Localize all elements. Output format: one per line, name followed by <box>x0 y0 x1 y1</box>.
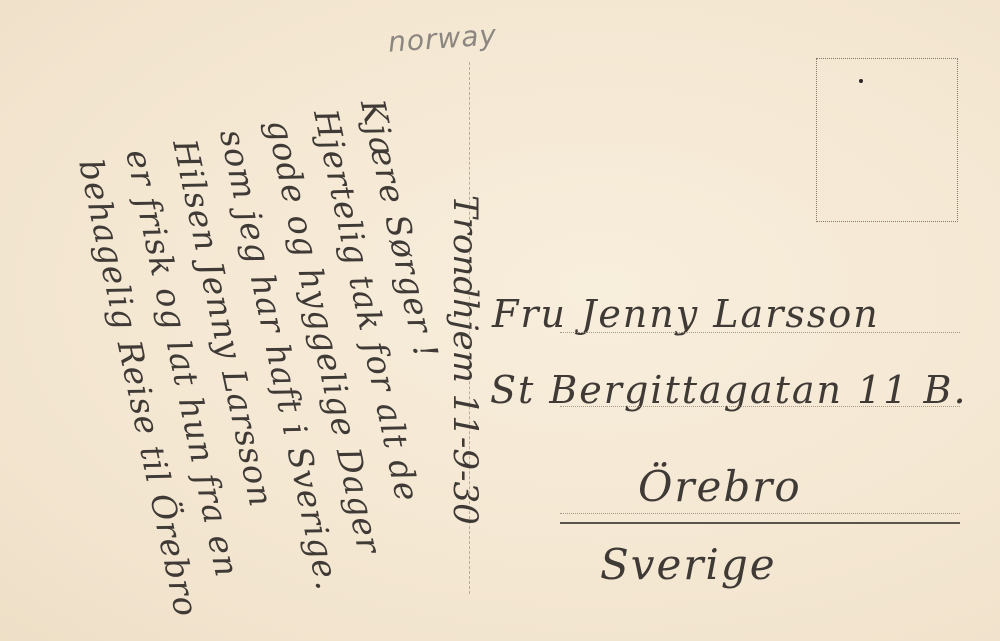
place-date: Trondhjem 11-9-30 <box>445 195 485 525</box>
pencil-note-country: norway <box>387 18 498 59</box>
address-underline <box>560 522 960 524</box>
address-name: Fru Jenny Larsson <box>492 292 880 336</box>
handwritten-message: Kjære Sørger ! Hjertelig tak for alt de … <box>66 95 492 625</box>
postcard-back: norway Kjære Sørger ! Hjertelig tak for … <box>0 0 1000 641</box>
stamp-placeholder <box>816 58 958 222</box>
ink-dot <box>859 79 863 83</box>
address-line-1 <box>560 332 960 333</box>
address-line-2 <box>560 406 960 407</box>
address-city: Örebro <box>638 462 802 511</box>
address-country: Sverige <box>600 540 777 589</box>
address-line-3 <box>560 513 960 514</box>
